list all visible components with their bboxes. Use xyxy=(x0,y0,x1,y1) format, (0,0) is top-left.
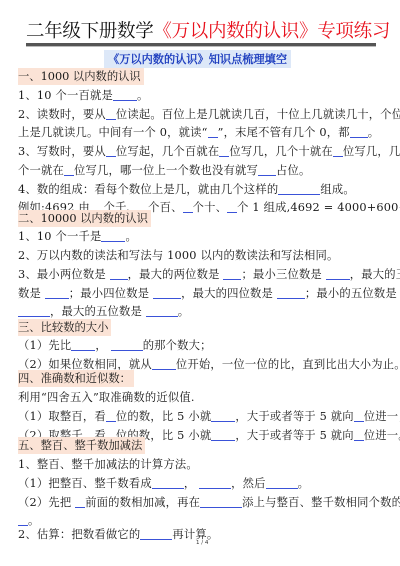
text: ， xyxy=(184,477,196,490)
text: （2）先把 xyxy=(18,496,71,509)
section-heading-2: 二、10000 以内数的认识 xyxy=(18,210,151,227)
fill-blank[interactable] xyxy=(111,338,143,351)
s5-line-3: （2）先把 前面的数相加减，再在添上与整百、整千数相同个数的 xyxy=(18,494,400,511)
text: （1）取整百，看 xyxy=(18,410,106,423)
text: 位写几，几 xyxy=(343,145,400,158)
fill-blank[interactable] xyxy=(211,409,235,422)
text: 个百、 xyxy=(148,201,183,214)
fill-blank[interactable] xyxy=(106,409,116,422)
text: 位写几，哪一位上一个数也没有就写 xyxy=(74,164,258,177)
text: 2、读数时，要从 xyxy=(18,108,106,121)
s1-line-5: 个一就在位写几，哪一位上一个数也没有就写占位。 xyxy=(18,162,310,179)
text: 位读起。百位上是几就读几百，十位上几就读几十，个位 xyxy=(116,108,400,121)
s2-line-2: 2、万以内数的读法和写法与 1000 以内的数读法和写法相同。 xyxy=(18,247,338,264)
text: ， xyxy=(95,339,107,352)
fill-blank[interactable] xyxy=(152,476,184,489)
title-prefix: 二年级下册数学 xyxy=(26,21,153,42)
fill-blank[interactable] xyxy=(258,163,276,176)
text: 位开始，一位一位的比，直到比出大小为止。 xyxy=(176,358,400,371)
fill-blank[interactable] xyxy=(277,286,305,299)
text: ，大于或者等于 5 就向 xyxy=(235,429,353,442)
title-suffix: 专项练习 xyxy=(317,21,390,42)
s3-line-1: （1）先比， 的那个数大； xyxy=(18,337,212,354)
s1-line-3: 上是几就读几。中间有一个 0，就读“”，末尾不管有几个 0，都。 xyxy=(18,124,379,141)
text: （1）先比 xyxy=(18,339,71,352)
fill-blank[interactable] xyxy=(18,513,28,526)
s5-line-5: 2、估算：把数看做它的再计算。 xyxy=(18,526,218,543)
fill-blank[interactable] xyxy=(146,304,178,317)
section-heading-5: 五、整百、整千数加减法 xyxy=(18,437,145,454)
fill-blank[interactable] xyxy=(45,286,69,299)
fill-blank[interactable] xyxy=(101,229,125,242)
text: 占位。 xyxy=(276,164,311,177)
worksheet-page: 二年级下册数学《万以内数的认识》专项练习 《万以内数的认识》知识点梳理填空 一、… xyxy=(0,0,400,566)
s4-line-1: 利用“四舍五入”取准确数的近似值. xyxy=(18,389,195,406)
text: 1、10 个一百就是 xyxy=(18,89,113,102)
text: 个 1 组成,4692 = 4000+600+90+2 xyxy=(237,201,400,214)
fill-blank[interactable] xyxy=(75,495,85,508)
page-number: 1 / 4 xyxy=(196,540,208,546)
fill-blank[interactable] xyxy=(223,267,241,280)
fill-blank[interactable] xyxy=(278,182,320,195)
text: 1、10 个一千是 xyxy=(18,230,101,243)
text: 位进一。 xyxy=(364,429,400,442)
fill-blank[interactable] xyxy=(354,409,364,422)
title-underline xyxy=(26,43,376,47)
fill-blank[interactable] xyxy=(64,163,74,176)
text: 。 xyxy=(368,126,380,139)
s1-line-1: 1、10 个一百就是。 xyxy=(18,87,148,104)
text: ”，末尾不管有几个 0，都 xyxy=(218,126,350,139)
fill-blank[interactable] xyxy=(140,527,172,540)
fill-blank[interactable] xyxy=(106,107,116,120)
text: 添上与整百、整千数相同个数的 xyxy=(242,496,400,509)
fill-blank[interactable] xyxy=(326,267,350,280)
text: 。 xyxy=(137,89,149,102)
text: 位进一； xyxy=(364,410,400,423)
s5-line-1: 1、整百、整千加减法的计算方法。 xyxy=(18,456,198,473)
text: ，最大的两位数是 xyxy=(128,268,220,281)
s2-line-5: ，最大的五位数是 。 xyxy=(18,303,189,320)
fill-blank[interactable] xyxy=(18,304,50,317)
text: 3、最小两位数是 xyxy=(18,268,106,281)
fill-blank[interactable] xyxy=(227,200,237,213)
text: ，最大的五位数是 xyxy=(50,305,142,318)
fill-blank[interactable] xyxy=(153,286,181,299)
text: 前面的数相加减，再在 xyxy=(85,496,200,509)
title-highlight: 《万以内数的认识》 xyxy=(153,21,317,42)
fill-blank[interactable] xyxy=(200,495,242,508)
text: ；最小的五位数是 xyxy=(305,287,397,300)
text: 位写几，几个十就在 xyxy=(229,145,332,158)
section-heading-1: 一、1000 以内数的认识 xyxy=(18,68,144,85)
text: 。 xyxy=(125,230,137,243)
text: ，最大的四位数是 xyxy=(181,287,273,300)
subtitle: 《万以内数的认识》知识点梳理填空 xyxy=(104,50,291,68)
text: 2、估算：把数看做它的 xyxy=(18,528,140,541)
fill-blank[interactable] xyxy=(266,476,298,489)
text: 3、写数时，要从 xyxy=(18,145,106,158)
fill-blank[interactable] xyxy=(110,267,128,280)
fill-blank[interactable] xyxy=(106,144,116,157)
s2-line-3: 3、最小两位数是 ，最大的两位数是 ；最小三位数是 ，最大的三位 xyxy=(18,266,400,283)
text: ，然后 xyxy=(231,477,266,490)
fill-blank[interactable] xyxy=(208,125,218,138)
fill-blank[interactable] xyxy=(183,200,193,213)
page-title: 二年级下册数学《万以内数的认识》专项练习 xyxy=(26,20,376,44)
text: 个一就在 xyxy=(18,164,64,177)
text: ，大于或者等于 5 就向 xyxy=(235,410,353,423)
fill-blank[interactable] xyxy=(199,476,231,489)
text: 数是 xyxy=(18,287,41,300)
text: 的那个数大； xyxy=(143,339,212,352)
text: 组成。 xyxy=(320,183,355,196)
text: ；最小三位数是 xyxy=(241,268,321,281)
section-heading-3: 三、比较数的大小 xyxy=(18,319,111,336)
fill-blank[interactable] xyxy=(350,125,368,138)
text: 4、数的组成：看每个数位上是几，就由几个这样的 xyxy=(18,183,278,196)
fill-blank[interactable] xyxy=(113,88,137,101)
fill-blank[interactable] xyxy=(333,144,343,157)
text: （1）把整百、整千数看成 xyxy=(18,477,152,490)
text: ，最大的三位 xyxy=(350,268,400,281)
text: 。 xyxy=(178,305,190,318)
section-heading-4: 四、准确数和近似数： xyxy=(18,370,134,387)
text: 位写起，几个百就在 xyxy=(116,145,219,158)
s1-line-4: 3、写数时，要从位写起，几个百就在位写几，几个十就在位写几，几 xyxy=(18,143,400,160)
s5-line-2: （1）把整百、整千数看成， ，然后。 xyxy=(18,475,309,492)
text: 上是几就读几。中间有一个 0，就读“ xyxy=(18,126,208,139)
text: 位的数，比 5 小就 xyxy=(116,410,211,423)
fill-blank[interactable] xyxy=(219,144,229,157)
text: ；最小四位数是 xyxy=(69,287,149,300)
s4-line-2: （1）取整百，看位的数，比 5 小就，大于或者等于 5 就向位进一； xyxy=(18,408,400,425)
text: 。 xyxy=(298,477,310,490)
s1-line-6: 4、数的组成：看每个数位上是几，就由几个这样的组成。 xyxy=(18,181,355,198)
fill-blank[interactable] xyxy=(211,428,235,441)
fill-blank[interactable] xyxy=(152,357,176,370)
s2-line-4: 数是 ；最小四位数是 ，最大的四位数是 ；最小的五位数是 xyxy=(18,285,397,302)
s1-line-2: 2、读数时，要从位读起。百位上是几就读几百，十位上几就读几十，个位 xyxy=(18,106,400,123)
fill-blank[interactable] xyxy=(71,338,95,351)
fill-blank[interactable] xyxy=(354,428,364,441)
text: 个十、 xyxy=(193,201,228,214)
s2-line-1: 1、10 个一千是。 xyxy=(18,228,137,245)
